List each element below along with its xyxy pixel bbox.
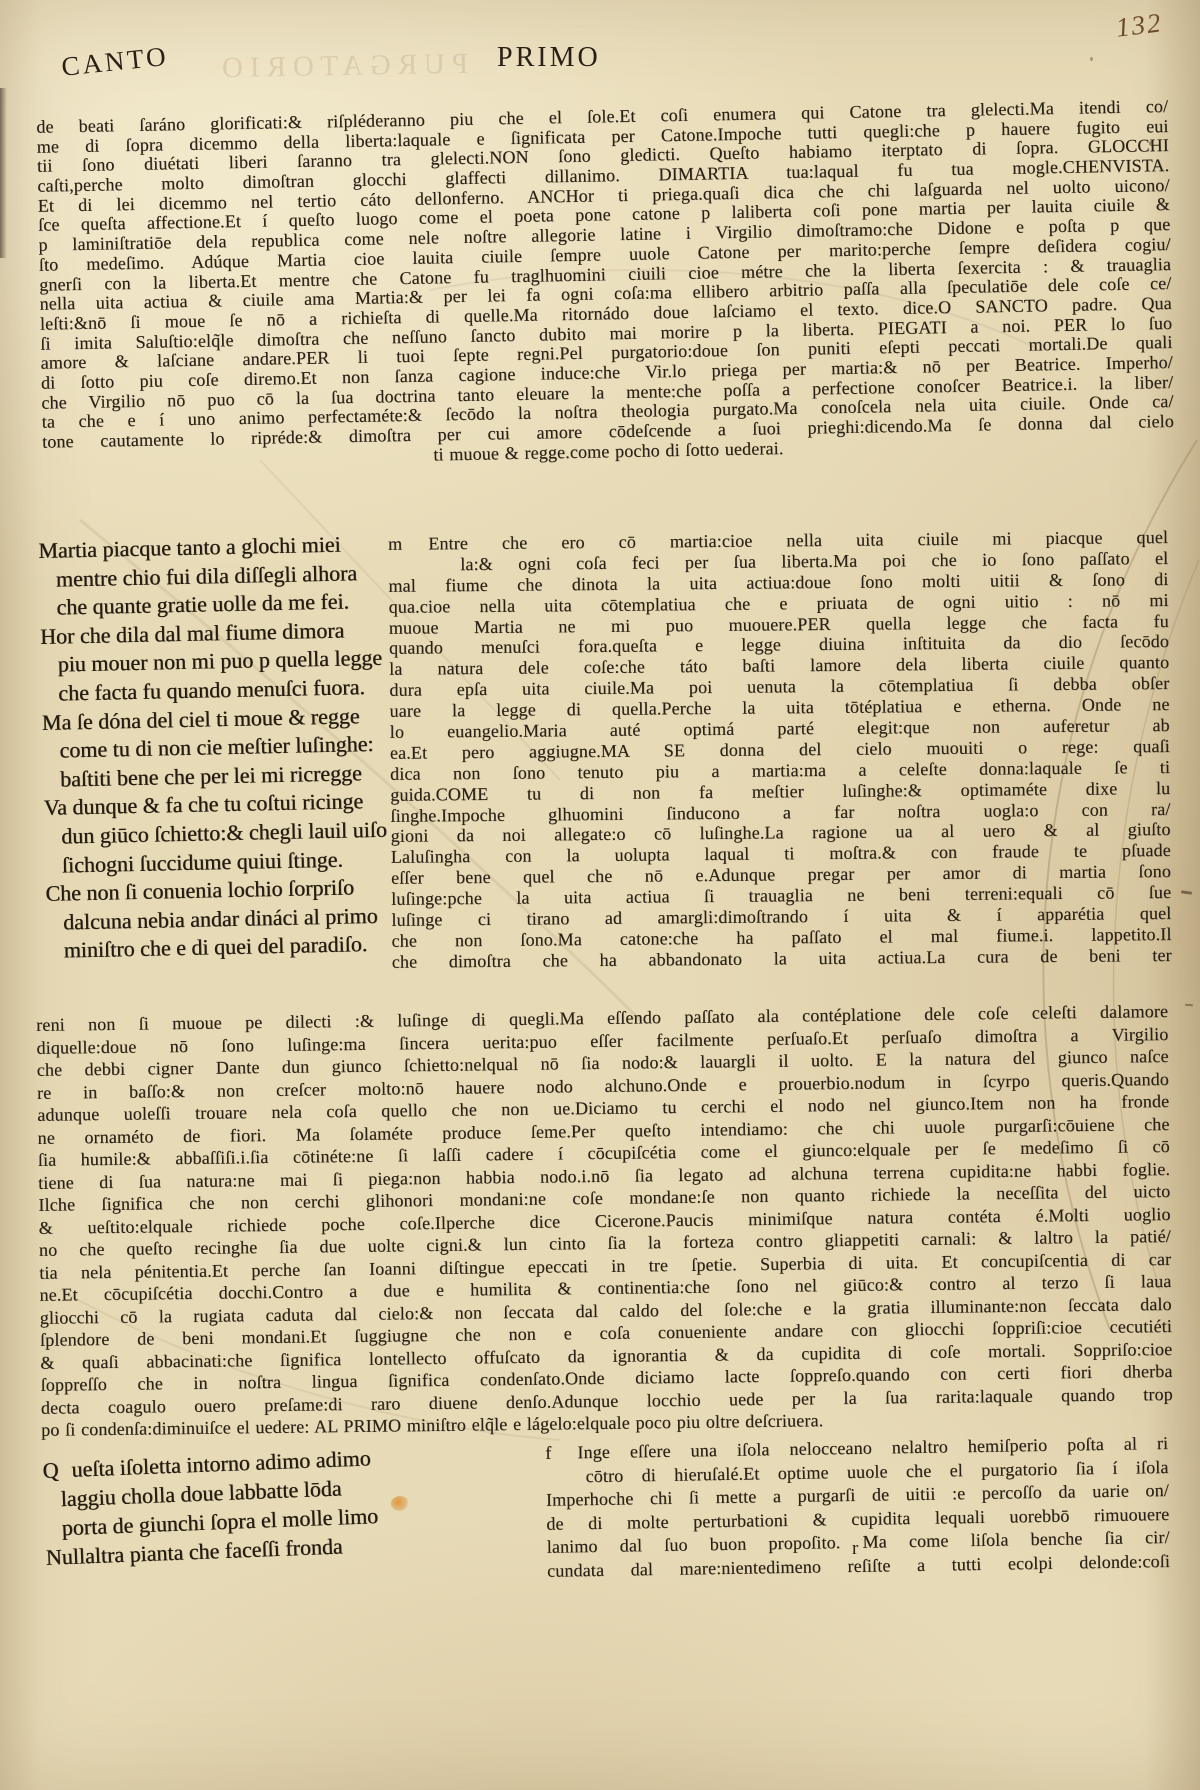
- lemma-initial: f: [545, 1442, 552, 1466]
- lemma-initial: Q: [42, 1455, 59, 1485]
- commentary-column-2: fInge eſſere una iſola nelocceano nelalt…: [545, 1432, 1170, 1583]
- verse-block-2: Queſta iſoletta intorno adimo adimolaggi…: [42, 1443, 380, 1572]
- bottom-two-column-section: Queſta iſoletta intorno adimo adimolaggi…: [36, 1432, 1168, 1622]
- commentary-column-1: mEntre che ero cō martia:cioe nella uita…: [388, 527, 1172, 972]
- ink-blot: [391, 1496, 409, 1511]
- running-header-primo: PRIMO: [497, 42, 601, 74]
- ink-speck: [1149, 141, 1153, 146]
- commentary-block-top: de beati ſaráno glorificati:& riſplédera…: [36, 97, 1174, 472]
- lemma-initial: m: [388, 534, 402, 555]
- commentary-block-bottom: reni non ſi muoue pe dilecti :& luſinge …: [36, 1000, 1173, 1441]
- text-line: miniſtro che e di quei del paradiſo.: [46, 930, 389, 966]
- ink-speck: [1185, 1004, 1193, 1007]
- showthrough-text: PURGATORIO: [215, 48, 469, 85]
- gutter-shadow: [0, 88, 7, 258]
- ink-speck: [1090, 57, 1093, 61]
- verse-block-1: Martia piacque tanto a glochi mieimentre…: [38, 530, 390, 966]
- ink-speck: [1181, 890, 1192, 895]
- folio-number: 132: [1114, 7, 1164, 43]
- book-page: PURGATORIO 132 CANTO PRIMO de beati ſará…: [0, 0, 1200, 1790]
- running-header-canto: CANTO: [60, 41, 170, 83]
- middle-two-column-section: Martia piacque tanto a glochi mieimentre…: [36, 524, 1168, 1002]
- signature-mark: r: [852, 1538, 858, 1560]
